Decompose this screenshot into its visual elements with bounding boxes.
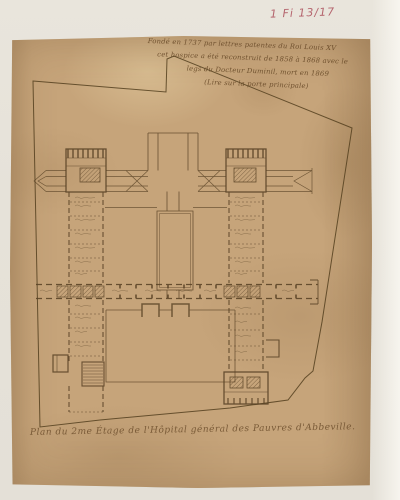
paper-texture [10,36,372,488]
photo-backing: 1 Fi 13/17 [0,0,400,500]
archival-number-stamp: 1 Fi 13/17 [270,4,360,20]
handwritten-note: Fondé en 1737 par lettres patentes du Ro… [146,35,378,96]
paper-sheet [10,36,372,488]
